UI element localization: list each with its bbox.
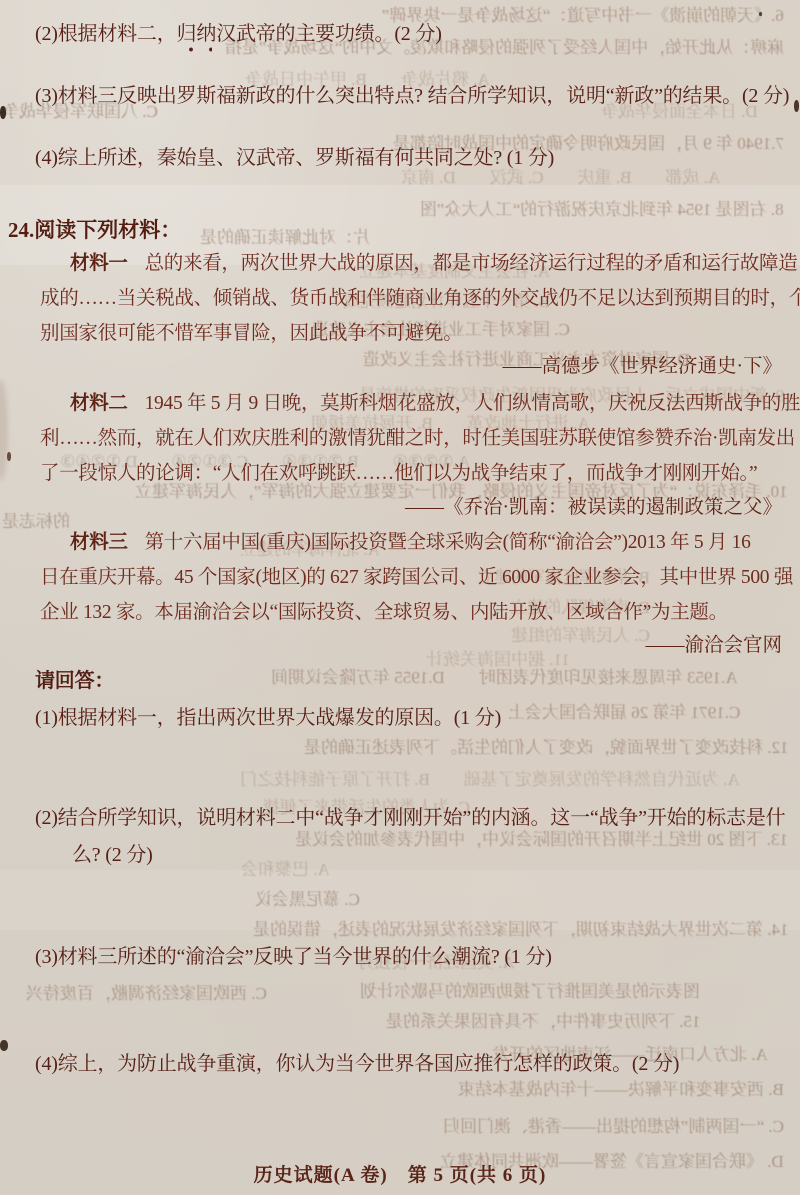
question-2-suffix: 汉武帝的主要功绩。(2 分)	[216, 23, 442, 45]
sub-question-2-line-1: (2)结合所学知识，说明材料二中“战争才刚刚开始”的内涵。这一“战争”开始的标志…	[35, 806, 785, 831]
bleedthrough-line: 15. 下列历史事件中，不具有因果关系的是	[386, 1012, 701, 1032]
material-2-line-2: 利……然而，就在人们欢庆胜利的激情犹酣之时，时任美国驻苏联使馆参赞乔治·凯南发出	[40, 427, 795, 451]
page-footer: 历史试题(A 卷) 第 5 页(共 6 页)	[0, 1160, 800, 1187]
material-2-source: ——《乔治·凯南：被误读的遏制政策之父》	[405, 496, 782, 520]
material-1-text: 总的来看，两次世界大战的原因，都是市场经济运行过程的矛盾和运行故障造	[145, 253, 798, 274]
bleedthrough-line: C.1971 年第 26 届联合国大会上	[508, 703, 740, 723]
question-24-heading: 24.阅读下列材料：	[8, 217, 181, 243]
answer-prompt: 请回答：	[35, 669, 114, 694]
scan-speck	[7, 452, 11, 461]
bleedthrough-line: C. 西欧国家经济凋敝，百废待兴	[26, 984, 267, 1004]
scan-speck	[794, 100, 799, 112]
question-2-hanwudi: (2)根据材料二，归纳汉武帝的主要功绩。(2 分)	[35, 22, 442, 47]
material-1-source: ——高德步《世界经济通史·下》	[503, 355, 783, 379]
question-2-emphasized-word: 归纳	[177, 23, 217, 45]
material-3-source: ——渝洽会官网	[645, 634, 782, 658]
sub-question-2-line-2: 么? (2 分)	[72, 843, 153, 868]
material-2-line-3: 了一段惊人的论调：“人们在欢呼跳跃……他们以为战争结束了，而战争才刚刚开始。”	[40, 462, 757, 486]
material-3-line-3: 企业 132 家。本届渝洽会以“国际投资、全球贸易、内陆开放、区域合作”为主题。	[40, 601, 728, 625]
material-3-line-2: 日在重庆开幕。45 个国家(地区)的 627 家跨国公司、近 6000 家企业参…	[40, 566, 793, 590]
material-3-text: 第十六届中国(重庆)国际投资暨全球采购会(简称“渝洽会”)2013 年 5 月 …	[145, 532, 751, 553]
bleedthrough-line: 6.《天朝的崩溃》一书中写道：“这场战争是一块界碑”	[382, 6, 784, 26]
material-2-line-1: 材料二1945 年 5 月 9 日晚，莫斯科烟花盛放，人们纵情高歌，庆祝反法西斯…	[70, 392, 800, 416]
question-4-common: (4)综上所述，秦始皇、汉武帝、罗斯福有何共同之处? (1 分)	[35, 146, 554, 171]
material-1-line-3: 别国家很可能不惜军事冒险，因此战争不可避免。	[40, 322, 462, 346]
material-3-label: 材料三	[70, 532, 128, 553]
bleedthrough-line: A. 为近代自然科学的发展奠定了基础 B. 打开了原子能科技之门	[240, 770, 740, 790]
bleedthrough-line: 13. 下图 20 世纪上半期召开的国际会议中，中国代表参加的会议是	[295, 830, 788, 850]
material-1-label: 材料一	[70, 253, 128, 274]
bleedthrough-line: A. 成都 B. 重庆 C. 武汉 D. 南京	[401, 168, 720, 188]
bleedthrough-line: 图表示的是美国推行了援助西欧的马歇尔计划	[360, 982, 700, 1002]
paper-shading	[0, 380, 8, 480]
question-2-prefix: (2)根据材料二，	[35, 23, 177, 45]
material-1-line-2: 成的……当关税战、倾销战、货币战和伴随商业角逐的外交战仍不足以达到预期目的时，个	[40, 287, 800, 311]
bleedthrough-line: B. 西安事变和平解决——十年内战基本结束	[458, 1080, 784, 1100]
material-2-text: 1945 年 5 月 9 日晚，莫斯科烟花盛放，人们纵情高歌，庆祝反法西斯战争的…	[145, 393, 800, 414]
question-3-roosevelt: (3)材料三反映出罗斯福新政的什么突出特点? 结合所学知识，说明“新政”的结果。…	[35, 84, 789, 109]
sub-question-3: (3)材料三所述的“渝洽会”反映了当今世界的什么潮流? (1 分)	[35, 945, 552, 970]
bleedthrough-line: 8. 右图是 1954 年到北京庆祝游行的“工人大众”图	[420, 200, 784, 220]
bleedthrough-line: C. 人民海军的组建	[511, 626, 650, 646]
bleedthrough-line: C. 慕尼黑会议	[255, 890, 360, 910]
scan-speck	[0, 106, 6, 119]
bleedthrough-line: 的标志是	[2, 512, 70, 532]
bleedthrough-line: A.1953 年周恩来接见印度代表团时 D.1955 年万隆会议期间	[271, 668, 738, 688]
exam-page: 6.《天朝的崩溃》一书中写道：“这场战争是一块界碑” 麻痹：从此开始，中国人经受…	[0, 0, 800, 1195]
material-1-line-1: 材料一总的来看，两次世界大战的原因，都是市场经济运行过程的矛盾和运行故障造	[70, 252, 797, 276]
bleedthrough-line: 14. 第二次世界大战结束初期，下列国家经济发展状况的表述，错误的是	[253, 920, 789, 940]
bleedthrough-line: 12. 科技改变了世界面貌，改变了人们的生活。下列表述正确的是	[304, 738, 789, 758]
sub-question-4: (4)综上，为防止战争重演，你认为当今世界各国应推行怎样的政策。(2 分)	[35, 1052, 679, 1077]
bleedthrough-line: A. 巴黎和会	[241, 860, 330, 880]
bleedthrough-line: 片：对此解读正确的是	[200, 228, 370, 248]
sub-question-1: (1)根据材料一，指出两次世界大战爆发的原因。(1 分)	[35, 706, 501, 731]
scan-speck	[759, 12, 762, 16]
bleedthrough-line: C. “一国两制”构想的提出——香港、澳门回归	[443, 1117, 784, 1137]
scan-speck	[0, 1040, 8, 1051]
material-2-label: 材料二	[70, 393, 128, 414]
material-3-line-1: 材料三第十六届中国(重庆)国际投资暨全球采购会(简称“渝洽会”)2013 年 5…	[70, 531, 751, 555]
